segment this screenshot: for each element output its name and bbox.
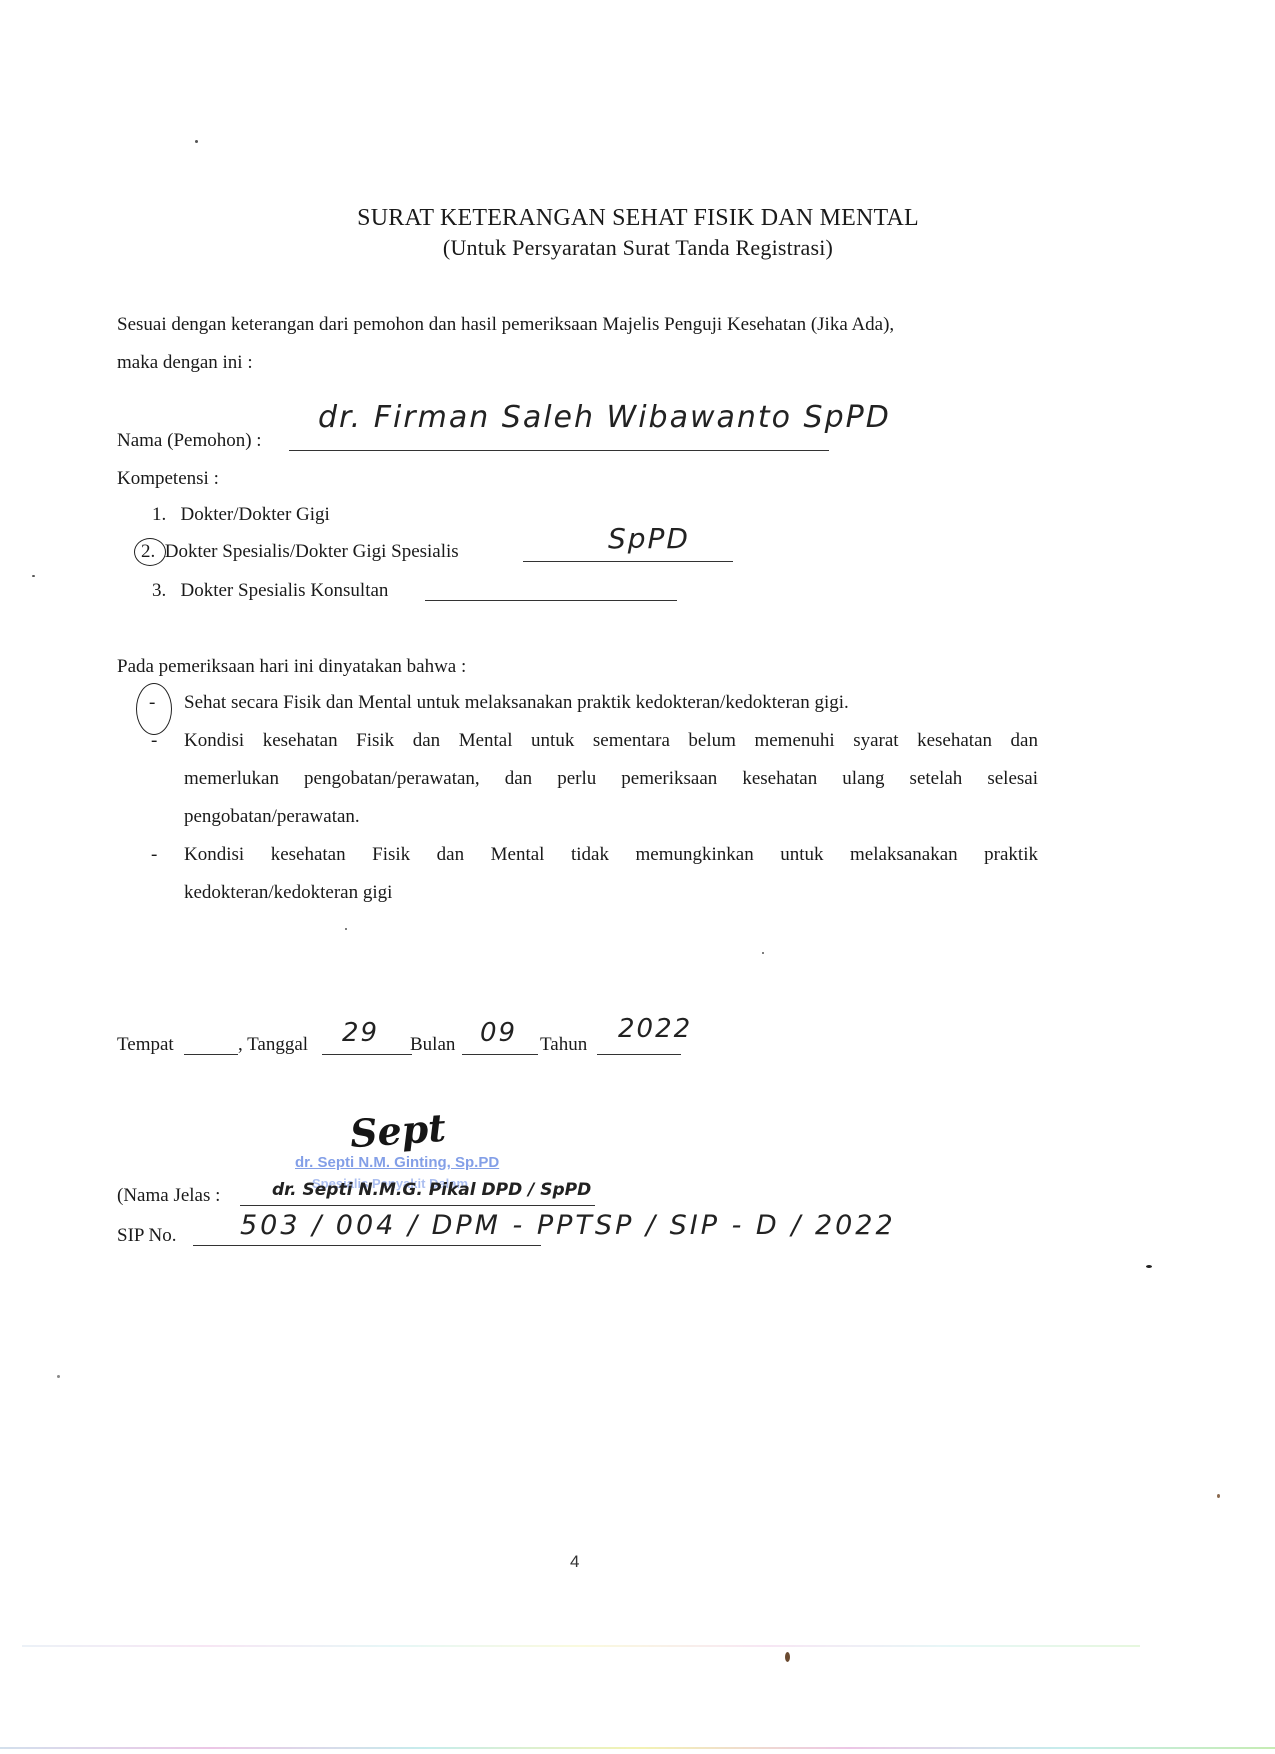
intro-line-2: maka dengan ini :: [117, 352, 253, 374]
scan-speck: [762, 952, 764, 954]
full-name-line: [240, 1205, 595, 1206]
year-label: Tahun: [540, 1034, 587, 1056]
sip-field[interactable]: 503 / 004 / DPM - PPTSP / SIP - D / 2022: [240, 1210, 896, 1241]
scan-speck: [345, 928, 347, 930]
year-line: [597, 1054, 681, 1055]
scan-edge-line: [0, 1747, 1275, 1749]
examination-label: Pada pemeriksaan hari ini dinyatakan bah…: [117, 656, 466, 678]
competence-item-2[interactable]: 2. Dokter Spesialis/Dokter Gigi Spesiali…: [141, 541, 459, 563]
place-line[interactable]: [184, 1054, 238, 1055]
document-title: SURAT KETERANGAN SEHAT FISIK DAN MENTAL: [38, 205, 1238, 232]
statement-3-line-2: kedokteran/kedokteran gigi: [184, 882, 392, 904]
day-line: [322, 1054, 412, 1055]
scan-speck: [32, 575, 35, 577]
specialist-line: [523, 561, 733, 562]
competence-label-text: Dokter Spesialis/Dokter Gigi Spesialis: [165, 541, 459, 562]
sip-line: [193, 1245, 541, 1246]
stamp-line-1: dr. Septi N.M. Ginting, Sp.PD: [295, 1154, 499, 1171]
day-label: , Tanggal: [238, 1034, 308, 1056]
competence-number: 3.: [152, 580, 166, 601]
statement-2-line-1[interactable]: Kondisi kesehatan Fisik dan Mental untuk…: [184, 730, 1038, 752]
year-field[interactable]: 2022: [618, 1014, 692, 1044]
specialist-field[interactable]: SpPD: [608, 522, 690, 555]
scan-speck: [785, 1652, 790, 1662]
month-label: Bulan: [410, 1034, 455, 1056]
intro-line-1: Sesuai dengan keterangan dari pemohon da…: [117, 314, 894, 336]
competence-number: 2.: [141, 541, 155, 562]
statement-bullet: -: [149, 692, 155, 714]
page-number: 4: [570, 1552, 579, 1572]
scan-speck: [1146, 1265, 1152, 1268]
sip-label: SIP No.: [117, 1225, 176, 1247]
scan-speck: [1217, 1494, 1220, 1498]
applicant-label: Nama (Pemohon) :: [117, 430, 262, 452]
statement-1[interactable]: Sehat secara Fisik dan Mental untuk mela…: [184, 692, 849, 714]
applicant-name-line: [289, 450, 829, 451]
competence-label-text: Dokter/Dokter Gigi: [181, 504, 330, 525]
statement-2-line-3: pengobatan/perawatan.: [184, 806, 360, 828]
competence-item-3[interactable]: 3. Dokter Spesialis Konsultan: [152, 580, 388, 602]
scan-speck: [195, 140, 198, 143]
scan-speck: [57, 1375, 60, 1378]
competence-label-text: Dokter Spesialis Konsultan: [181, 580, 389, 601]
scan-artifact-line: [22, 1645, 1140, 1647]
competence-label: Kompetensi :: [117, 468, 219, 490]
statement-bullet: -: [151, 844, 157, 866]
month-field[interactable]: 09: [480, 1018, 517, 1048]
statement-bullet: -: [151, 730, 157, 752]
signature-mark: Sept: [349, 1105, 448, 1157]
statement-2-line-2: memerlukan pengobatan/perawatan, dan per…: [184, 768, 1038, 790]
full-name-field[interactable]: dr. Septi N.M.G. Pikal DPD / SpPD: [272, 1180, 591, 1200]
month-line: [462, 1054, 538, 1055]
consultant-line: [425, 600, 677, 601]
document-subtitle: (Untuk Persyaratan Surat Tanda Registras…: [38, 235, 1238, 261]
full-name-label: (Nama Jelas :: [117, 1185, 220, 1207]
place-label: Tempat: [117, 1034, 174, 1056]
statement-3-line-1[interactable]: Kondisi kesehatan Fisik dan Mental tidak…: [184, 844, 1038, 866]
competence-item-1[interactable]: 1. Dokter/Dokter Gigi: [152, 504, 330, 526]
day-field[interactable]: 29: [342, 1018, 379, 1048]
competence-number: 1.: [152, 504, 166, 525]
applicant-name-field[interactable]: dr. Firman Saleh Wibawanto SpPD: [318, 400, 891, 435]
